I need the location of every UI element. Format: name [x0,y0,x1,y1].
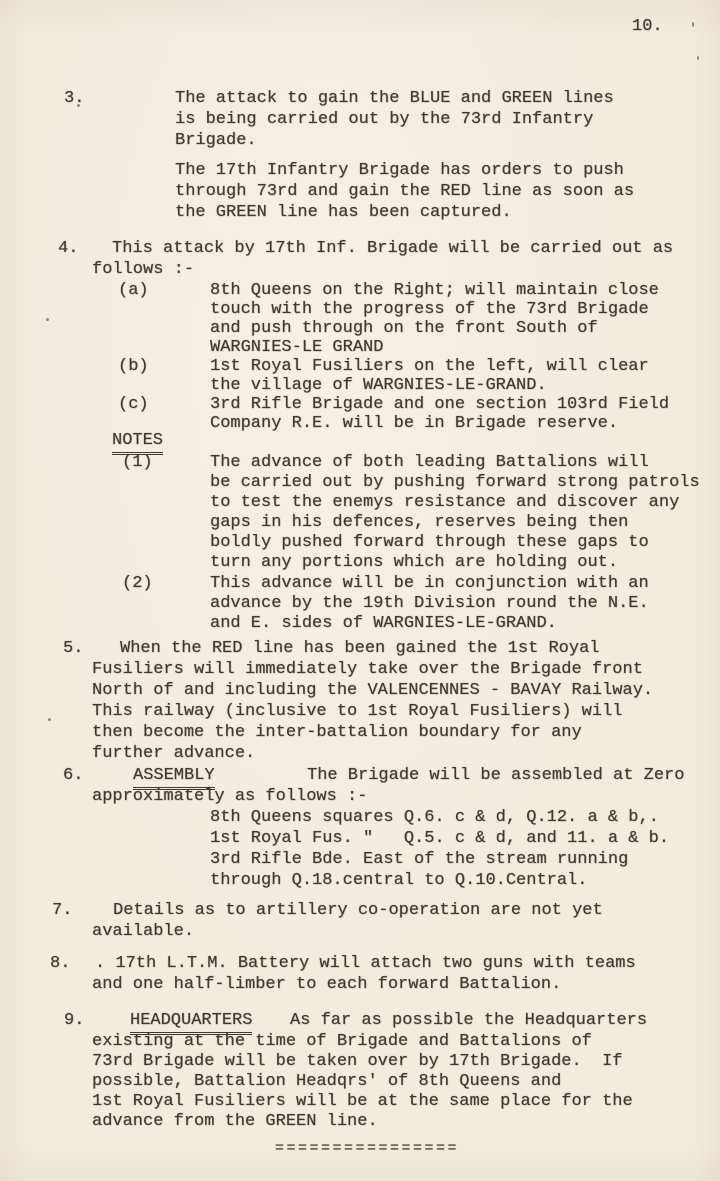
text-line: and E. sides of WARGNIES-LE-GRAND. [210,613,557,634]
sub-item-c-label: (c) [118,394,149,415]
text-line: be carried out by pushing forward strong… [210,472,700,493]
text-line: This attack by 17th Inf. Brigade will be… [112,238,673,259]
text-line: The 17th Infantry Brigade has orders to … [175,160,624,181]
item-5-number: 5. [63,638,83,659]
sub-item-b-label: (b) [118,356,149,377]
ink-speck [692,22,694,27]
text-line: further advance. [92,743,255,764]
text-line: possible, Battalion Headqrs' of 8th Quee… [92,1071,561,1092]
text-line: boldly pushed forward through these gaps… [210,532,649,553]
scanned-document-page: 10. 3. The attack to gain the BLUE and G… [0,0,720,1181]
ink-speck [46,318,49,321]
text-line: 8th Queens on the Right; will maintain c… [210,280,659,301]
page-number: 10. [632,16,663,37]
text-line: Company R.E. will be in Brigade reserve. [210,413,618,434]
ink-speck [697,56,699,60]
text-line: 1st Royal Fusiliers on the left, will cl… [210,356,649,377]
text-line: 73rd Brigade will be taken over by 17th … [92,1051,623,1072]
text-line: through Q.18.central to Q.10.Central. [210,870,587,891]
text-line: 3rd Rifle Brigade and one section 103rd … [210,394,669,415]
text-line: the village of WARGNIES-LE-GRAND. [210,375,547,396]
item-7-number: 7. [52,900,72,921]
text-line: 8th Queens squares Q.6. c & d, Q.12. a &… [210,807,659,828]
text-line: Fusiliers will immediately take over the… [92,659,643,680]
text-line: advance by the 19th Division round the N… [210,593,649,614]
text-line: available. [92,921,194,942]
note-1-label: (1) [122,452,153,473]
note-2-label: (2) [122,573,153,594]
item-4-number: 4. [58,238,78,259]
text-line: 1st Royal Fus. " Q.5. c & d, and 11. a &… [210,828,669,849]
text-line: then become the inter-battalion boundary… [92,722,582,743]
text-line: The attack to gain the BLUE and GREEN li… [175,88,614,109]
end-separator: ================ [275,1138,459,1159]
text-line: and one half-limber to each forward Batt… [92,974,561,995]
ink-speck [77,104,80,107]
text-line: As far as possible the Headquarters [290,1010,647,1031]
ink-speck [48,718,51,721]
text-line: The advance of both leading Battalions w… [210,452,649,473]
text-line: This railway (inclusive to 1st Royal Fus… [92,701,623,722]
text-line: advance from the GREEN line. [92,1111,378,1132]
text-line: approximately as follows :- [92,786,367,807]
text-line: follows :- [92,259,194,280]
text-line: the GREEN line has been captured. [175,202,512,223]
text-line: WARGNIES-LE GRAND [210,337,383,358]
text-line: This advance will be in conjunction with… [210,573,649,594]
item-3-number: 3. [64,88,84,109]
text-line: North of and including the VALENCENNES -… [92,680,653,701]
text-line: gaps in his defences, reserves being the… [210,512,628,533]
text-line: to test the enemys resistance and discov… [210,492,679,513]
text-line: and push through on the front South of [210,318,598,339]
text-line: through 73rd and gain the RED line as so… [175,181,634,202]
text-line: Brigade. [175,130,257,151]
text-line: . 17th L.T.M. Battery will attach two gu… [95,953,636,974]
text-line: is being carried out by the 73rd Infantr… [175,109,593,130]
text-line: touch with the progress of the 73rd Brig… [210,299,649,320]
text-line: 3rd Rifle Bde. East of the stream runnin… [210,849,628,870]
text-line: When the RED line has been gained the 1s… [120,638,599,659]
text-line: existing at the time of Brigade and Batt… [92,1031,592,1052]
text-line: The Brigade will be assembled at Zero [307,765,684,786]
item-9-number: 9. [64,1010,84,1031]
text-line: 1st Royal Fusiliers will be at the same … [92,1091,633,1112]
text-line: turn any portions which are holding out. [210,552,618,573]
text-line: Details as to artillery co-operation are… [113,900,603,921]
sub-item-a-label: (a) [118,280,149,301]
item-8-number: 8. [50,953,70,974]
item-6-number: 6. [63,765,83,786]
